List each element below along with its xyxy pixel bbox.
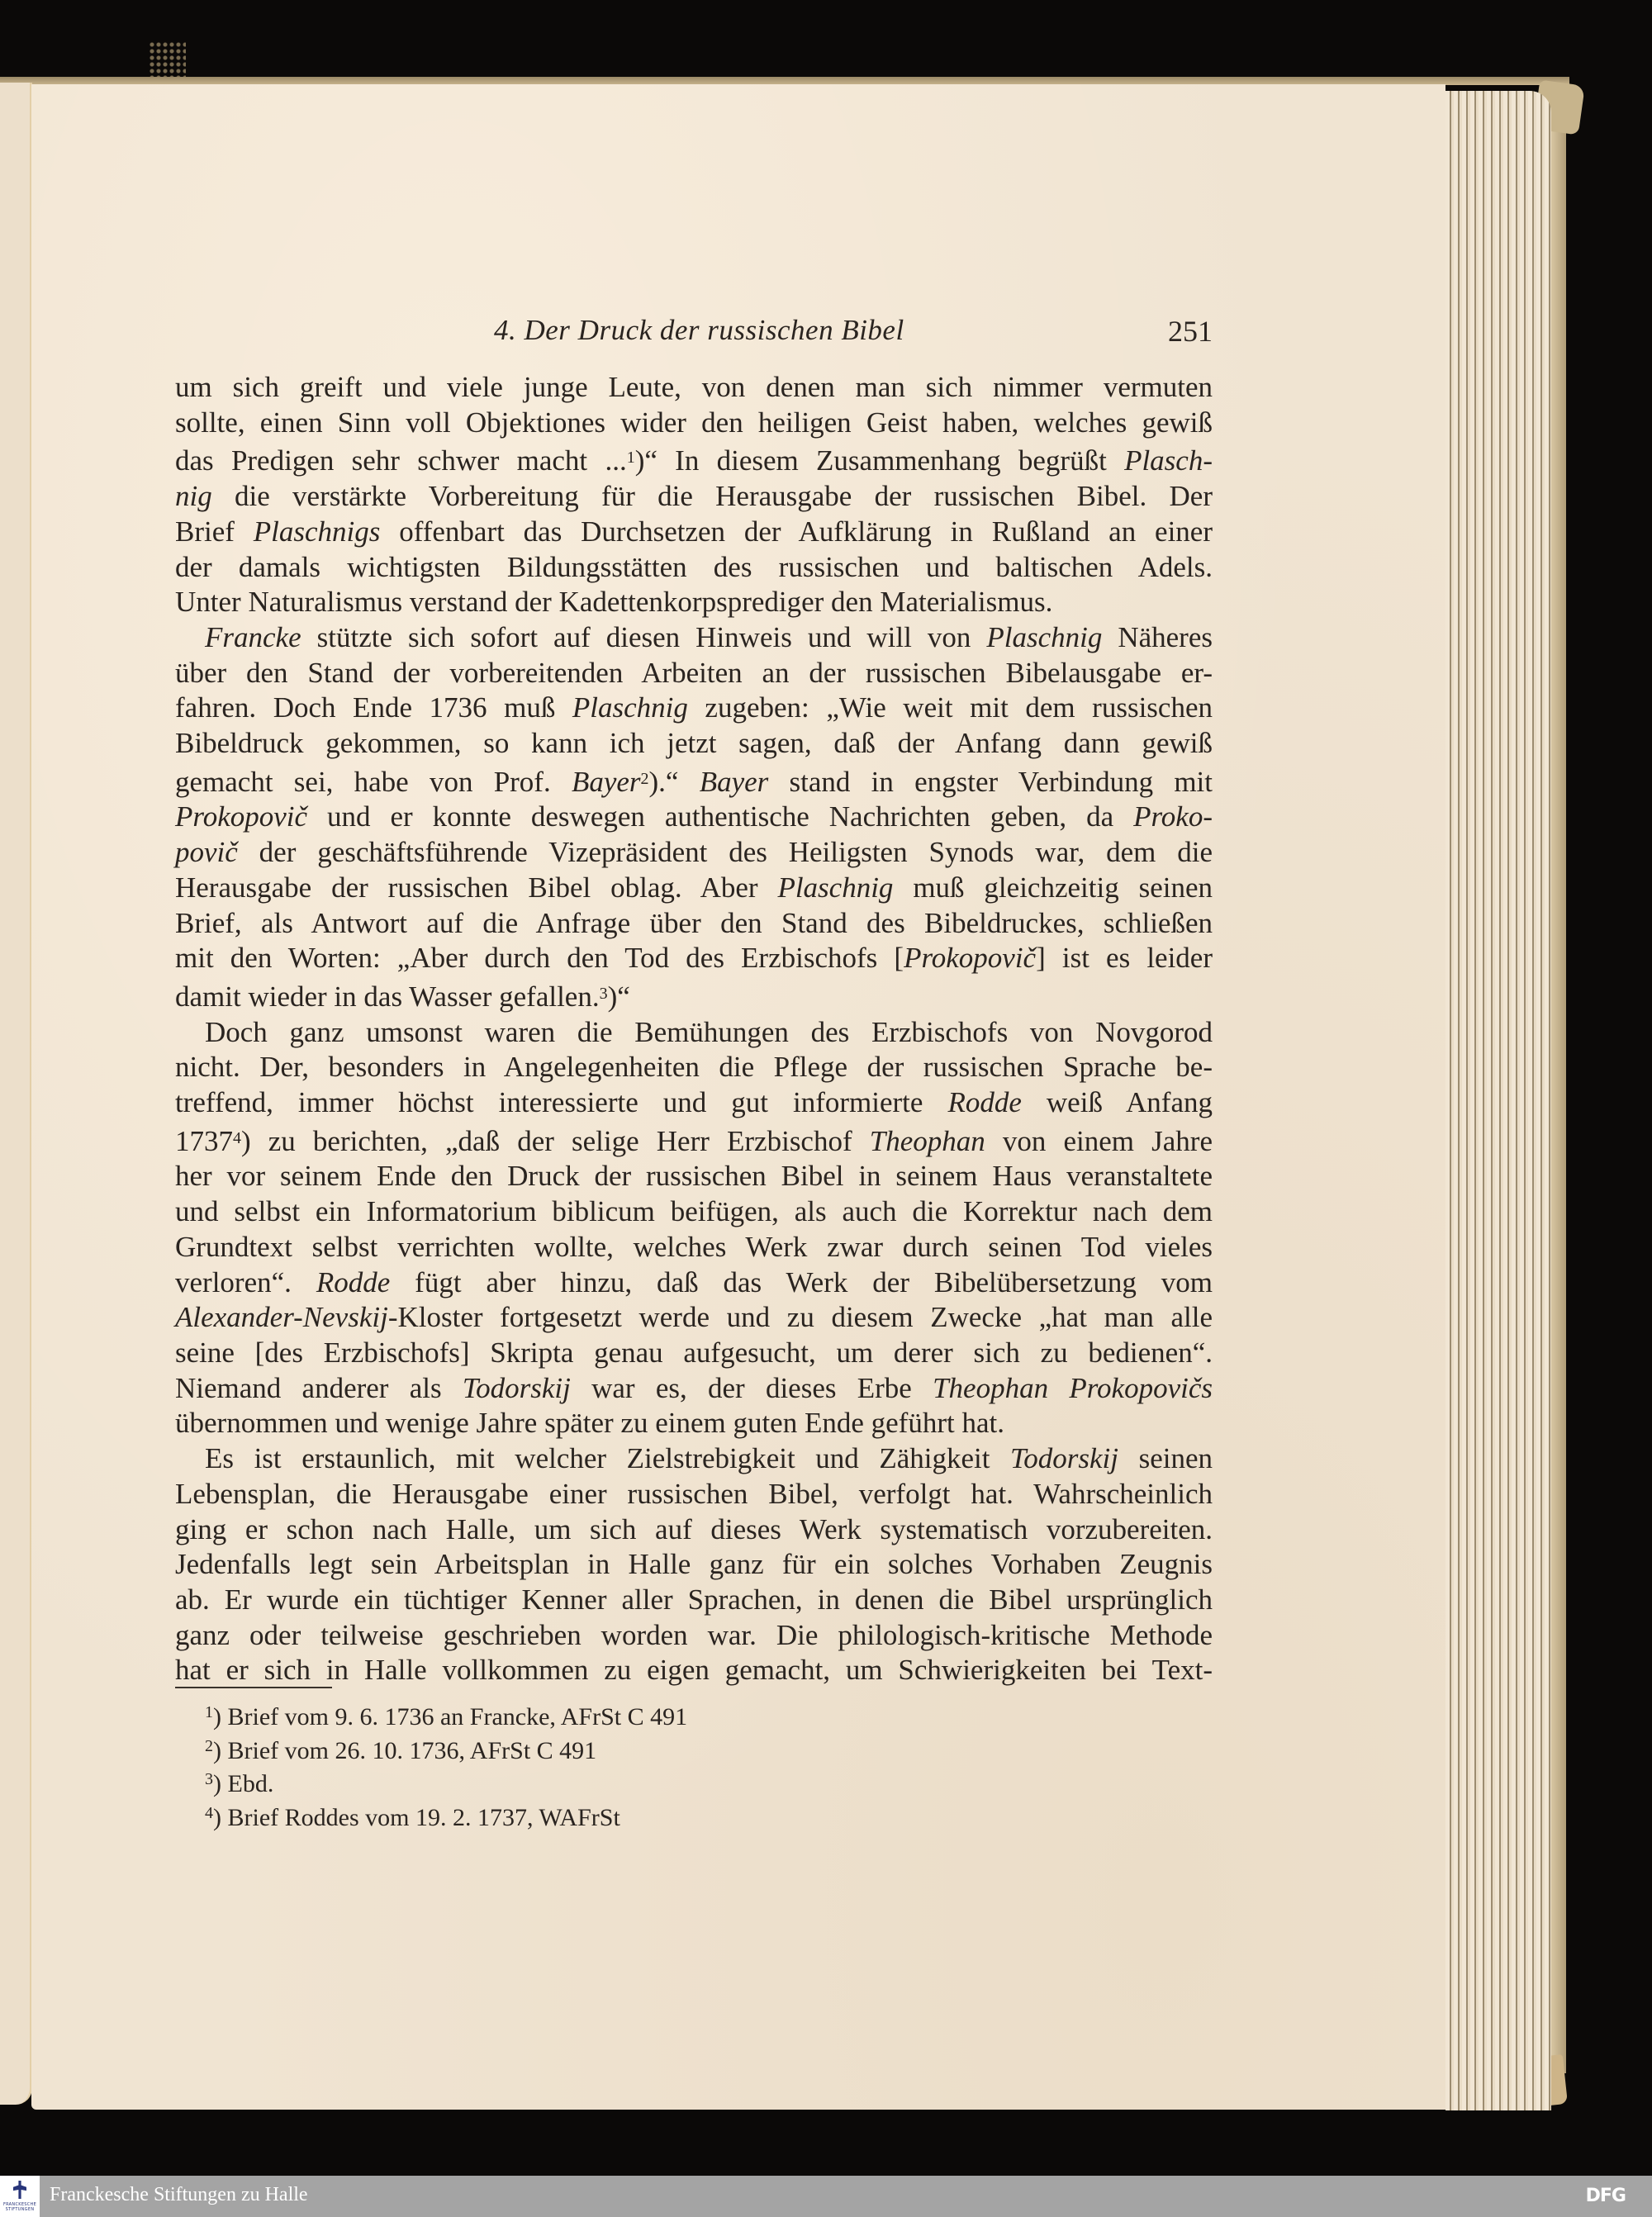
frayed-binding-thread <box>149 41 186 81</box>
text-line: ging er schon nach Halle, um sich auf di… <box>175 1512 1213 1548</box>
text-line: nig die verstärkte Vorbereitung für die … <box>175 479 1213 515</box>
text-line: her vor seinem Ende den Druck der russis… <box>175 1159 1213 1194</box>
text-line: Prokopovič und er konnte deswegen authen… <box>175 800 1213 835</box>
viewer-footer-bar: FRANCKESCHE STIFTUNGEN Franckesche Stift… <box>0 2176 1652 2217</box>
text-line: Alexander-Nevskij-Kloster fortgesetzt we… <box>175 1300 1213 1336</box>
footnote-number: 4 <box>205 1804 213 1822</box>
footnote-number: 1 <box>205 1703 213 1721</box>
text-line: Brief Plaschnigs offenbart das Durchsetz… <box>175 515 1213 550</box>
text-line: ganz oder teilweise geschrieben worden w… <box>175 1618 1213 1654</box>
text-line: fahren. Doch Ende 1736 muß Plaschnig zug… <box>175 691 1213 726</box>
chapter-running-title: 4. Der Druck der russischen Bibel <box>494 314 904 347</box>
text-line: um sich greift und viele junge Leute, vo… <box>175 370 1213 406</box>
text-line: Brief, als Antwort auf die Anfrage über … <box>175 906 1213 942</box>
footnote-text: ) Brief Roddes vom 19. 2. 1737, WAFrSt <box>213 1804 620 1831</box>
footnotes: 1) Brief vom 9. 6. 1736 an Francke, AFrS… <box>205 1698 687 1832</box>
text-line: Unter Naturalismus verstand der Kadetten… <box>175 585 1213 620</box>
footnote-item: 1) Brief vom 9. 6. 1736 an Francke, AFrS… <box>205 1698 687 1732</box>
footnote-item: 2) Brief vom 26. 10. 1736, AFrSt C 491 <box>205 1732 687 1766</box>
text-line: Lebensplan, die Herausgabe einer russisc… <box>175 1477 1213 1512</box>
text-line: 17374) zu berichten, „daß der selige Her… <box>175 1121 1213 1160</box>
footnote-item: 4) Brief Roddes vom 19. 2. 1737, WAFrSt <box>205 1799 687 1833</box>
text-line: damit wieder in das Wasser gefallen.3)“ <box>175 976 1213 1015</box>
text-line: Bibeldruck gekommen, so kann ich jetzt s… <box>175 726 1213 762</box>
logo-figure-icon <box>13 2181 26 2199</box>
footnote-item: 3) Ebd. <box>205 1765 687 1799</box>
text-line: übernommen und wenige Jahre später zu ei… <box>175 1406 1213 1441</box>
logo-caption: FRANCKESCHE STIFTUNGEN <box>2 2202 38 2212</box>
footnote-separator <box>175 1687 332 1688</box>
text-line: Doch ganz umsonst waren die Bemühungen d… <box>175 1015 1213 1051</box>
text-line: mit den Worten: „Aber durch den Tod des … <box>175 941 1213 976</box>
left-page-edge <box>0 83 32 2105</box>
text-line: hat er sich in Halle vollkommen zu eigen… <box>175 1653 1213 1688</box>
text-line: und selbst ein Informatorium biblicum be… <box>175 1194 1213 1230</box>
text-line: seine [des Erzbischofs] Skripta genau au… <box>175 1336 1213 1371</box>
text-line: Jedenfalls legt sein Arbeitsplan in Hall… <box>175 1547 1213 1583</box>
text-line: povič der geschäftsführende Vizepräsiden… <box>175 835 1213 871</box>
stacked-page-edges <box>1445 91 1551 2110</box>
text-line: sollte, einen Sinn voll Objektiones wide… <box>175 406 1213 441</box>
text-line: gemacht sei, habe von Prof. Bayer2).“ Ba… <box>175 762 1213 800</box>
text-line: Niemand anderer als Todorskij war es, de… <box>175 1371 1213 1407</box>
footnote-text: ) Ebd. <box>213 1770 273 1797</box>
text-line: Herausgabe der russischen Bibel oblag. A… <box>175 871 1213 906</box>
text-line: ab. Er wurde ein tüchtiger Kenner aller … <box>175 1583 1213 1618</box>
text-line: der damals wichtigsten Bildungsstätten d… <box>175 550 1213 586</box>
text-line: Francke stützte sich sofort auf diesen H… <box>175 620 1213 656</box>
body-text: um sich greift und viele junge Leute, vo… <box>175 370 1213 1688</box>
footnote-ref[interactable]: 1 <box>627 449 635 467</box>
text-line: Grundtext selbst verrichten wollte, welc… <box>175 1230 1213 1265</box>
running-head: 4. Der Druck der russischen Bibel 251 <box>494 314 1213 355</box>
footnote-ref[interactable]: 2 <box>641 770 649 788</box>
dfg-logo[interactable]: DFG <box>1586 2186 1626 2206</box>
footnote-number: 3 <box>205 1770 213 1788</box>
text-line: nicht. Der, besonders in Angelegenheiten… <box>175 1050 1213 1085</box>
page-number: 251 <box>1168 314 1213 349</box>
text-line: über den Stand der vorbereitenden Arbeit… <box>175 656 1213 691</box>
footnote-text: ) Brief vom 26. 10. 1736, AFrSt C 491 <box>213 1737 596 1764</box>
institution-name: Franckesche Stiftungen zu Halle <box>50 2184 308 2206</box>
text-line: das Predigen sehr schwer macht ...1)“ In… <box>175 440 1213 479</box>
text-line: verloren“. Rodde fügt aber hinzu, daß da… <box>175 1265 1213 1301</box>
footnote-ref[interactable]: 4 <box>233 1129 241 1147</box>
franckesche-stiftungen-logo[interactable]: FRANCKESCHE STIFTUNGEN <box>0 2176 40 2217</box>
footnote-text: ) Brief vom 9. 6. 1736 an Francke, AFrSt… <box>213 1703 687 1730</box>
footnote-number: 2 <box>205 1737 213 1755</box>
text-line: treffend, immer höchst interessierte und… <box>175 1085 1213 1121</box>
footnote-ref[interactable]: 3 <box>600 985 608 1003</box>
text-line: Es ist erstaunlich, mit welcher Zielstre… <box>175 1441 1213 1477</box>
